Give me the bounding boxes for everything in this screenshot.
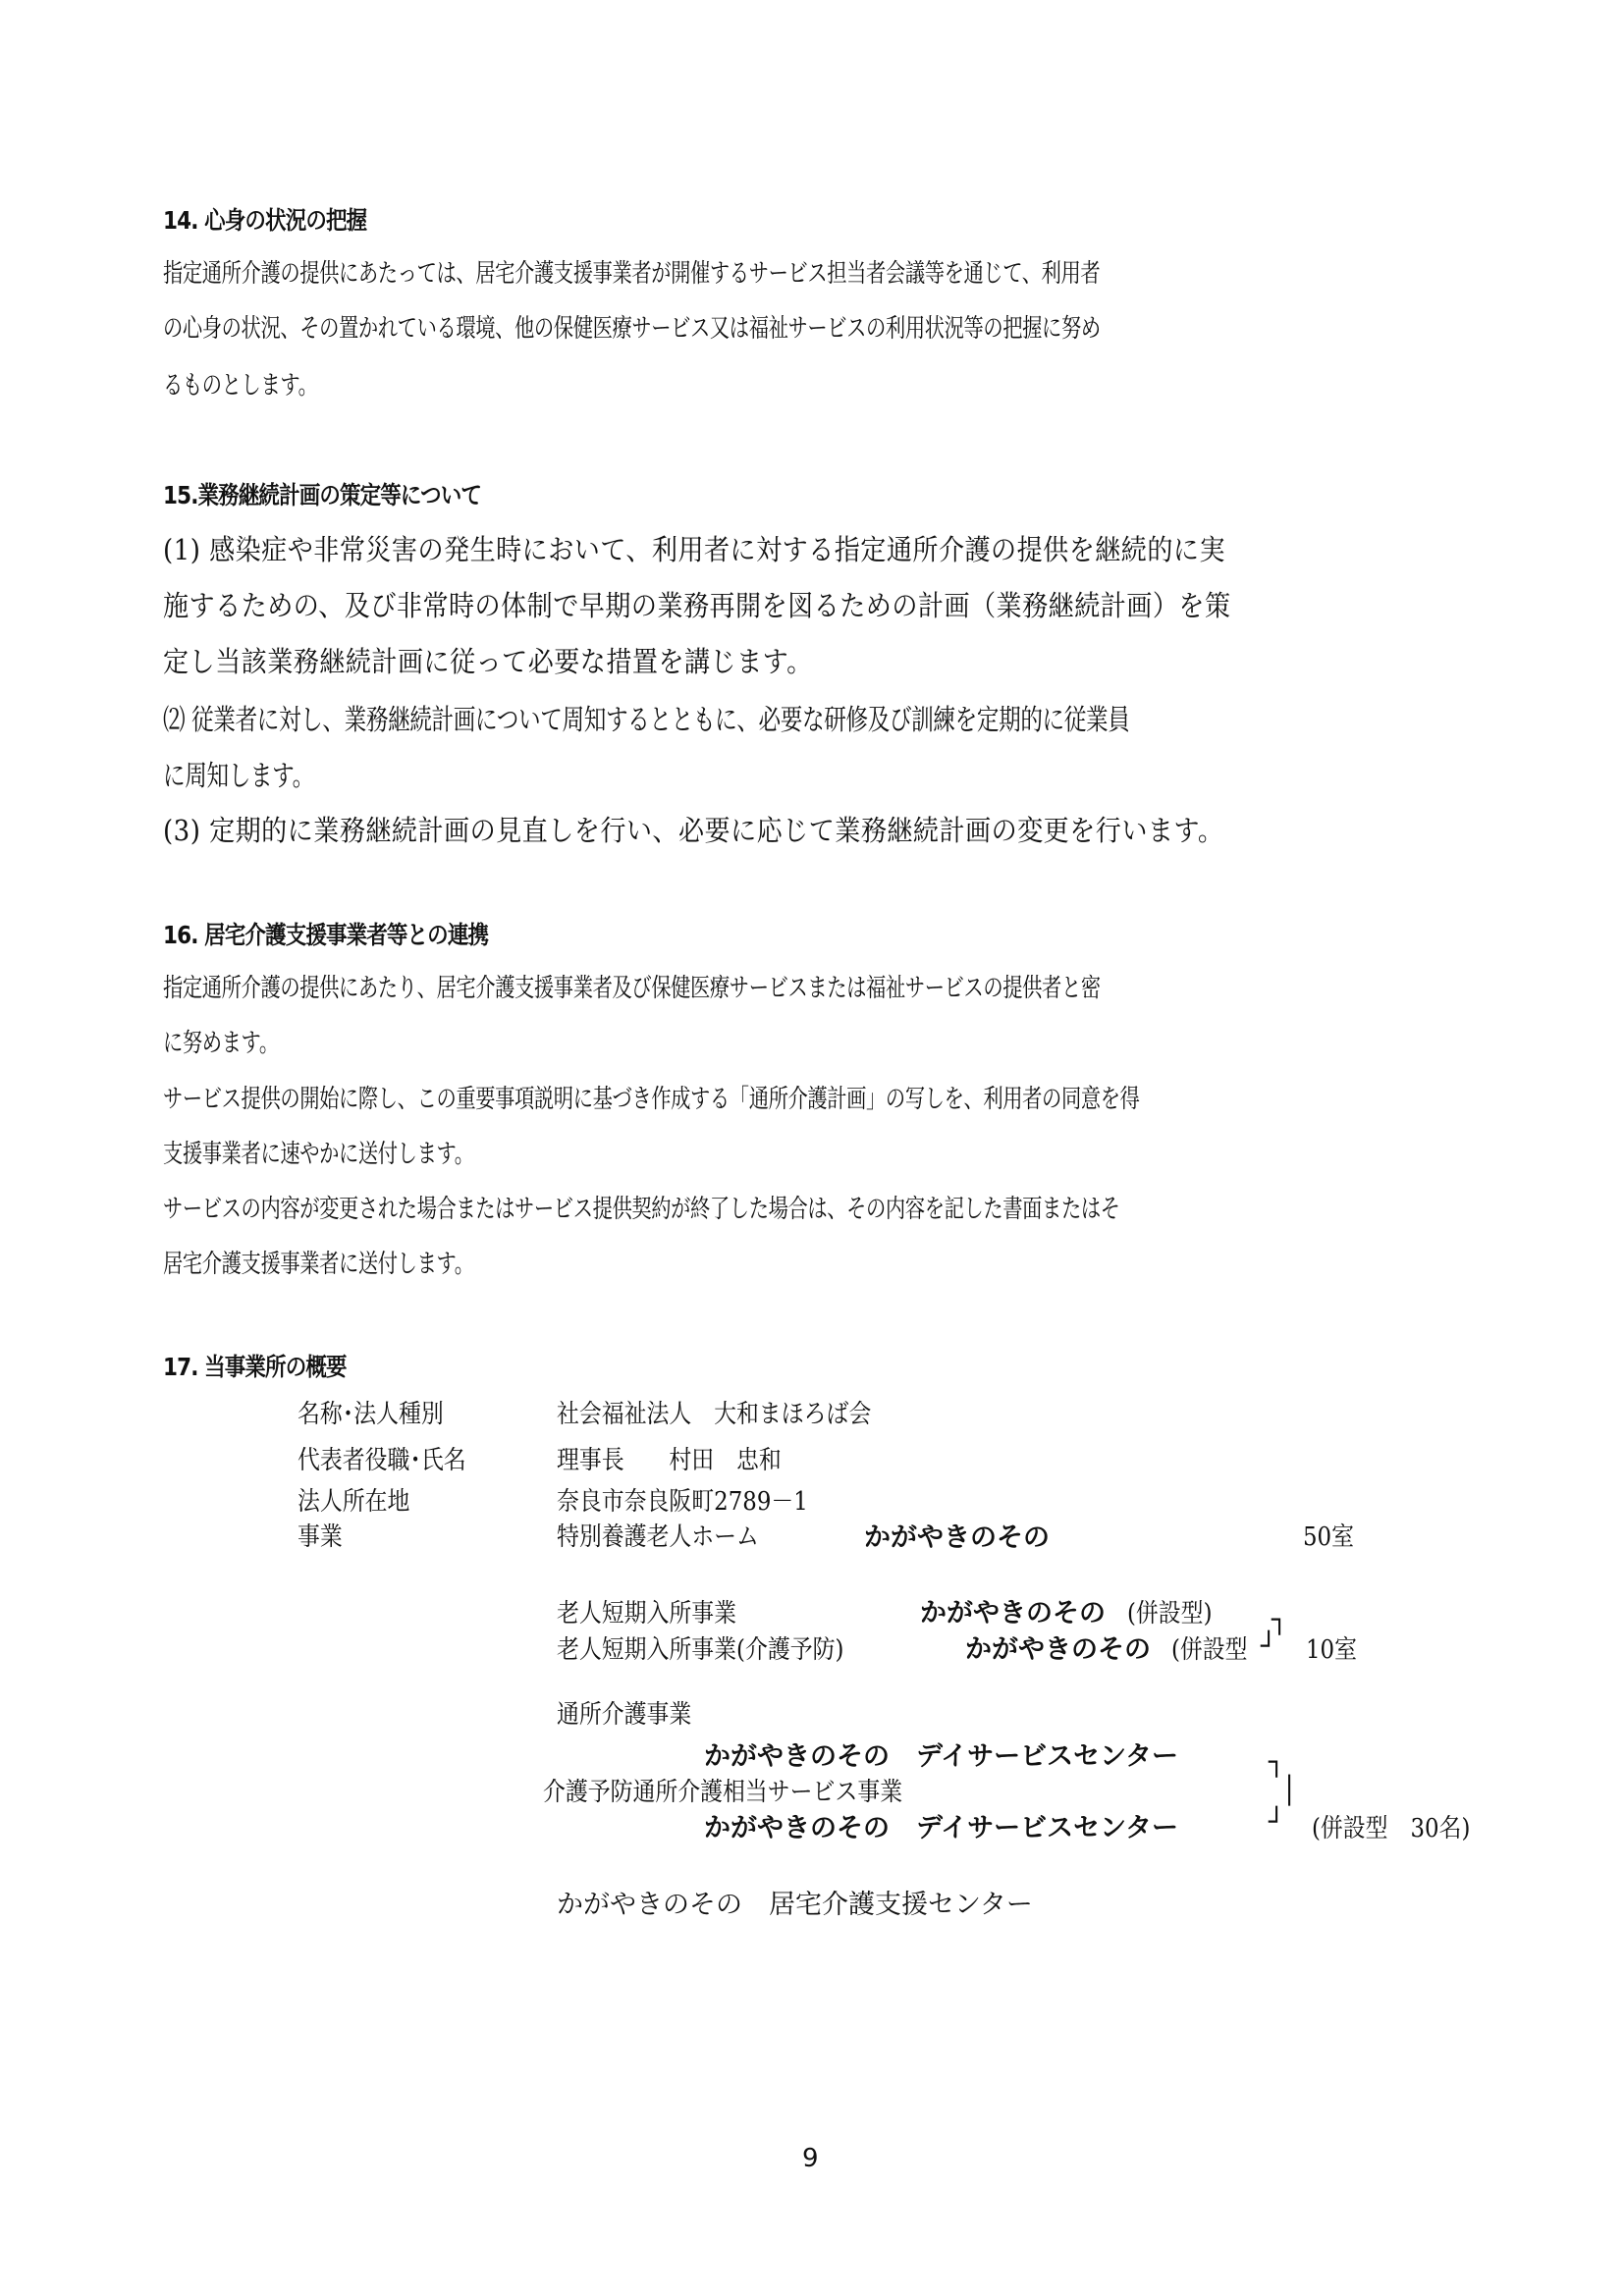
section-16-heading: 16. 居宅介護支援事業者等との連携 [163,923,488,947]
section-15-item-1b: 施するための、及び非常時の体制で早期の業務再開を図るための計画（業務継続計画）を… [163,592,1231,620]
row-label-address: 法人所在地 [298,1489,409,1515]
day-service-capacity: (併設型 30名) [1312,1816,1470,1842]
row-value-name: 社会福祉法人 大和まほろば会 [557,1402,871,1427]
row-label-representative: 代表者役職･氏名 [298,1448,466,1473]
care-support-center: かがやきのその 居宅介護支援センター [557,1892,1033,1918]
section-16-line-4: 支援事業者に速やかに送付します。 [163,1142,474,1167]
section-15-item-3: (3) 定期的に業務継続計画の見直しを行い、必要に応じて業務継続計画の変更を行い… [163,817,1223,845]
section-15-heading: 15.業務継続計画の策定等について [163,483,481,507]
short-stay-suffix-1: (併設型) [1127,1601,1213,1627]
section-16-line-2: に努めます。 [163,1031,279,1056]
day-service-name-1: かがやきのその デイサービスセンター [704,1743,1178,1770]
section-16-line-1: 指定通所介護の提供にあたり、居宅介護支援事業者及び保健医療サービスまたは福祉サー… [163,976,1101,1001]
short-stay-name-2: かがやきのその [965,1636,1151,1663]
day-service-label-1: 通所介護事業 [557,1702,691,1728]
section-14-line-2: の心身の状況、その置かれている環境、他の保健医療サービス又は福祉サービスの利用状… [163,316,1101,342]
page-number: 9 [802,2146,819,2171]
section-16-line-5: サービスの内容が変更された場合またはサービス提供契約が終了した場合は、その内容を… [163,1197,1120,1222]
short-stay-name-1: かがやきのその [920,1600,1106,1627]
row-value-business: 特別養護老人ホーム [557,1524,759,1550]
section-14-line-3: るものとします。 [163,373,317,399]
section-15-item-1c: 定し当該業務継続計画に従って必要な措置を講じます。 [163,648,813,676]
section-14-heading: 14. 心身の状況の把握 [163,208,366,233]
page-content: 14. 心身の状況の把握 指定通所介護の提供にあたっては、居宅介護支援事業者が開… [0,0,1535,2296]
day-service-bracket-bottom: ┘ [1269,1809,1284,1836]
day-service-name-2: かがやきのその デイサービスセンター [704,1815,1178,1842]
day-service-bracket-top: ┐ [1269,1749,1284,1776]
short-stay-suffix-2: (併設型 [1171,1637,1248,1663]
row-label-business: 事業 [298,1524,343,1550]
section-16-line-3: サービス提供の開始に際し、この重要事項説明に基づき作成する「通所介護計画」の写し… [163,1087,1140,1112]
section-15-item-2a: ⑵ 従業者に対し、業務継続計画について周知するとともに、必要な研修及び訓練を定期… [163,706,1129,734]
day-service-bracket-mid: │ [1281,1778,1297,1804]
short-stay-label-1: 老人短期入所事業 [557,1601,736,1627]
section-17-heading: 17. 当事業所の概要 [163,1355,347,1379]
document-page: 14. 心身の状況の把握 指定通所介護の提供にあたっては、居宅介護支援事業者が開… [0,0,1624,2296]
row-value-address: 奈良市奈良阪町2789－1 [557,1489,808,1515]
row-label-name: 名称･法人種別 [298,1402,444,1427]
short-stay-bracket-top: ┐ [1272,1607,1287,1633]
short-stay-rooms: 10室 [1306,1637,1357,1663]
short-stay-label-2: 老人短期入所事業(介護予防) [557,1637,843,1663]
facility-name-nursing-home: かがやきのその [864,1524,1050,1551]
section-14-line-1: 指定通所介護の提供にあたっては、居宅介護支援事業者が開催するサービス担当者会議等… [163,261,1100,287]
row-value-representative: 理事長 村田 忠和 [557,1448,782,1473]
section-15-item-2b: に周知します。 [163,762,314,790]
section-15-item-1a: (1) 感染症や非常災害の発生時において、利用者に対する指定通所介護の提供を継続… [163,536,1225,564]
rooms-nursing-home: 50室 [1303,1524,1354,1550]
day-service-label-2: 介護予防通所介護相当サービス事業 [543,1780,902,1805]
section-16-line-6: 居宅介護支援事業者に送付します。 [163,1252,474,1277]
short-stay-bracket-bottom: ┘ [1261,1633,1276,1660]
